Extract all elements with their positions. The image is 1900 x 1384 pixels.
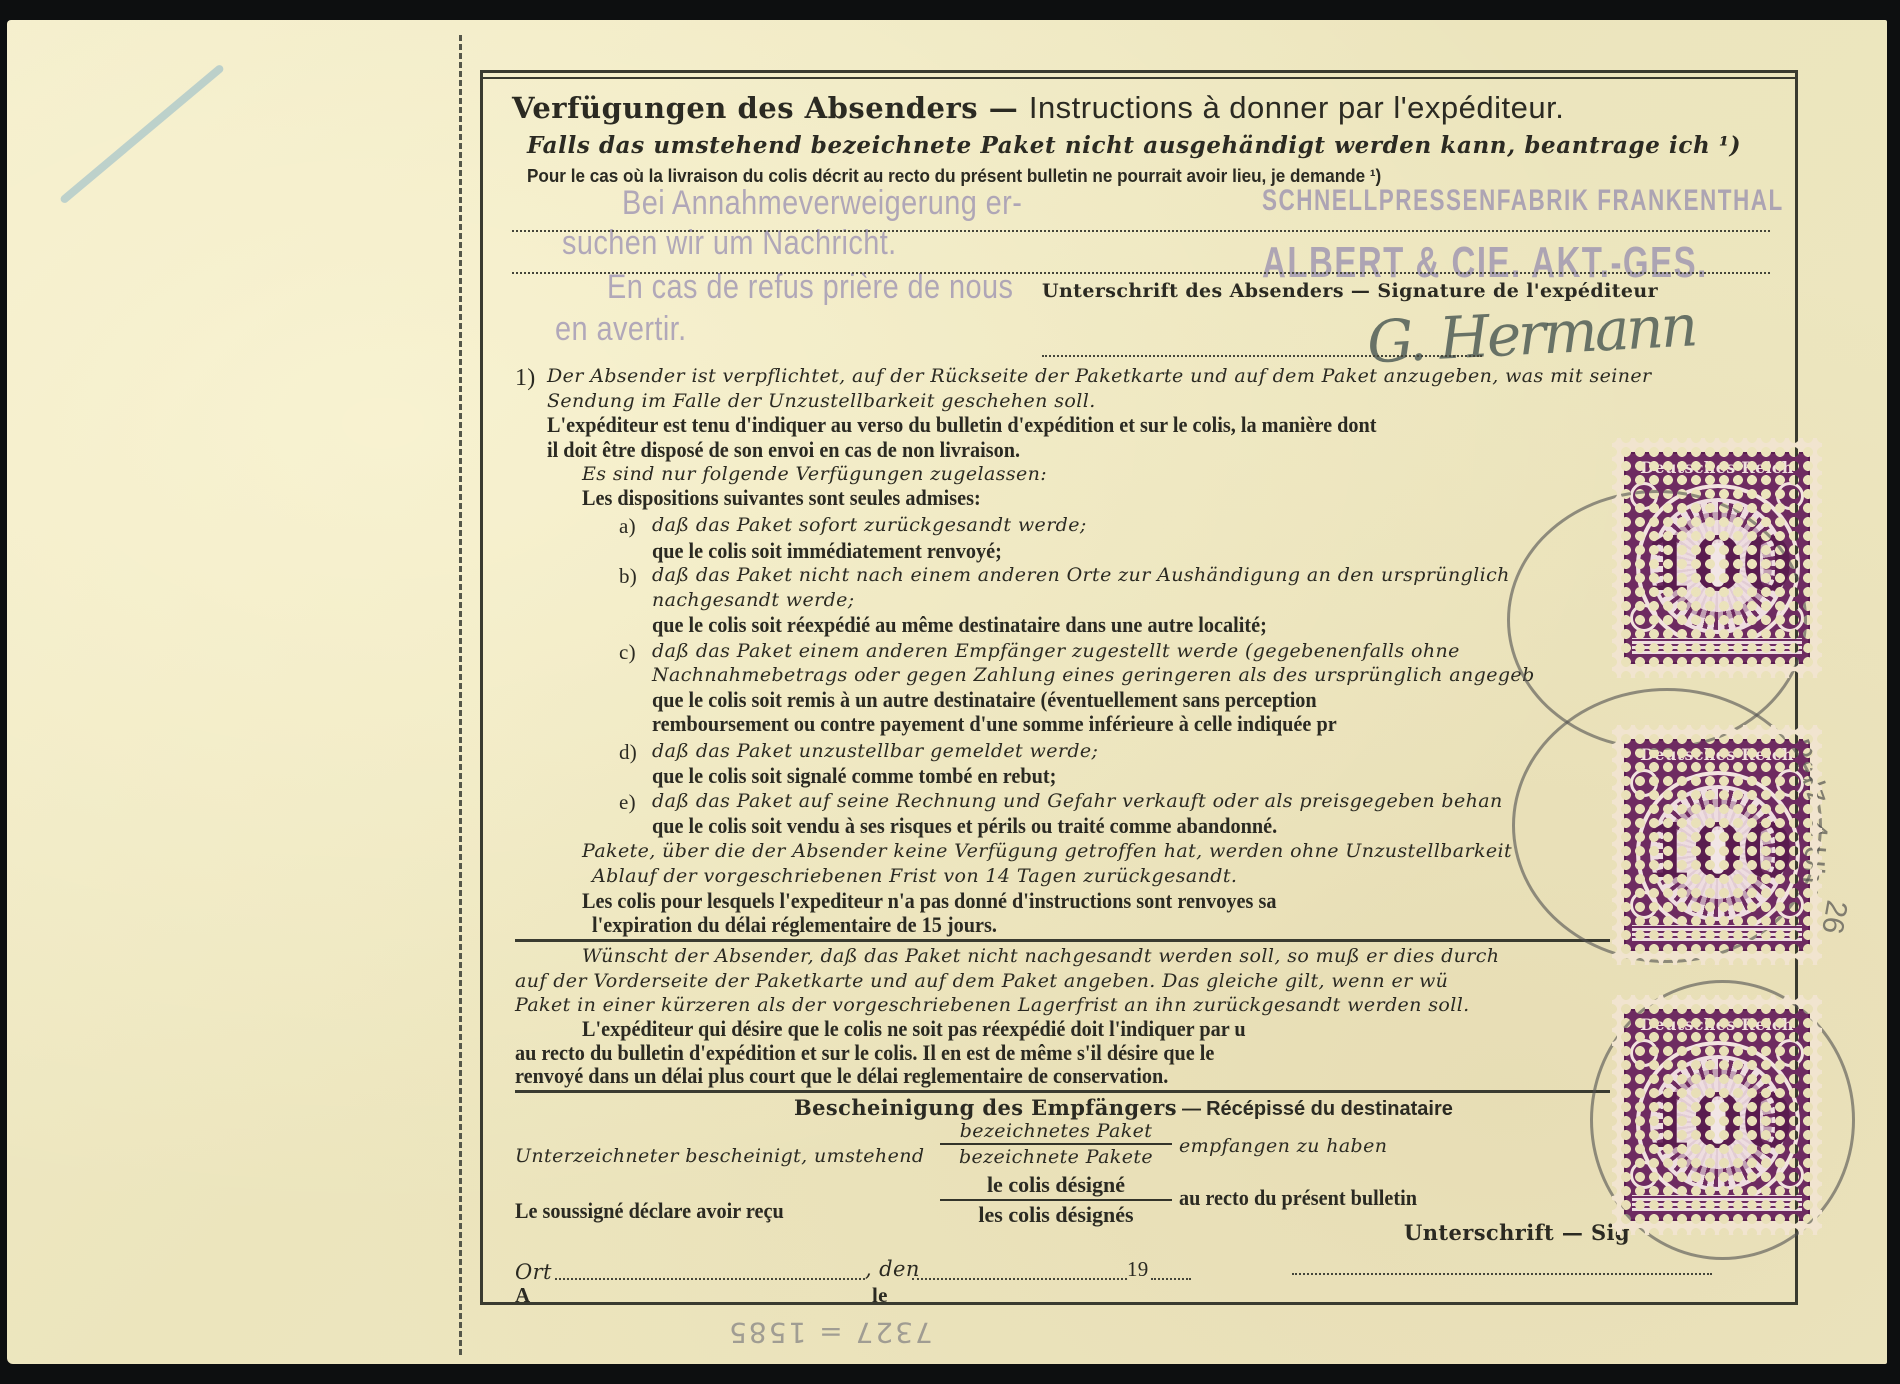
postage-stamp-1: Deutsches Reich 100 xyxy=(1612,438,1822,678)
receipt-german-fraction: bezeichnetes Paket bezeichnete Pakete xyxy=(940,1120,1172,1168)
closing-line-2: Ablauf der vorgeschriebenen Frist von 14… xyxy=(592,865,1237,887)
stamp-value: 100 xyxy=(1626,1079,1808,1165)
header-line-german: Falls das umstehend bezeichnete Paket ni… xyxy=(527,132,1741,159)
stamp-ornament-icon xyxy=(1776,482,1804,510)
place-field[interactable] xyxy=(555,1278,865,1280)
date-field[interactable] xyxy=(912,1278,1127,1280)
stamp-ornament-icon xyxy=(1630,769,1658,797)
title-dash: — xyxy=(989,91,1019,125)
stamp-country: Deutsches Reich xyxy=(1626,745,1808,764)
fraction-plural-fr: les colis désignés xyxy=(940,1201,1172,1228)
option-a-french: que le colis soit immédiatement renvoyé; xyxy=(652,538,1002,564)
receipt-french-text: Le soussigné déclare avoir reçu xyxy=(515,1198,784,1224)
receipt-title-german: Bescheinigung des Empfängers xyxy=(794,1095,1177,1120)
stamp-ornament-icon xyxy=(1776,1161,1804,1189)
option-a-german: daß das Paket sofort zurückgesandt werde… xyxy=(652,514,1087,536)
title-french: Instructions à donner par l'expéditeur. xyxy=(1029,90,1565,125)
stamp-ornament-icon xyxy=(1776,604,1804,632)
receipt-german-suffix: empfangen zu haben xyxy=(1179,1135,1387,1157)
postage-stamp-3: Deutsches Reich 100 xyxy=(1612,995,1822,1235)
option-b-letter: b) xyxy=(619,564,637,588)
place-label: Ort xyxy=(515,1260,552,1284)
receipt-french-suffix: au recto du présent bulletin xyxy=(1179,1185,1417,1211)
option-c-french-1: que le colis soit remis à un autre desti… xyxy=(652,687,1317,713)
option-b-german-2: nachgesandt werde; xyxy=(652,589,855,611)
stamp-country: Deutsches Reich xyxy=(1626,458,1808,477)
stamp-ornament-icon xyxy=(1630,604,1658,632)
option-d-letter: d) xyxy=(619,740,637,764)
stamp-bottom-band xyxy=(1632,1195,1802,1213)
option-d-german: daß das Paket unzustellbar gemeldet werd… xyxy=(652,740,1098,762)
title-german: Verfügungen des Absenders xyxy=(512,91,978,125)
postage-stamp-2: Deutsches Reich 100 xyxy=(1612,725,1822,965)
date-label-french: le xyxy=(872,1283,888,1307)
stamp-ornament-icon xyxy=(1630,1161,1658,1189)
place-label-french: A xyxy=(515,1283,530,1307)
stamp-ornament-icon xyxy=(1630,891,1658,919)
closing-line-4: l'expiration du délai réglementaire de 1… xyxy=(592,912,997,938)
pencil-annotation: 7327 = 1585 xyxy=(727,1316,933,1349)
option-b-german: daß das Paket nicht nach einem anderen O… xyxy=(652,564,1510,586)
footnote-line-2: Sendung im Falle der Unzustellbarkeit ge… xyxy=(547,390,1096,412)
stamp-country: Deutsches Reich xyxy=(1626,1015,1808,1034)
option-c-letter: c) xyxy=(619,640,636,664)
stamp-ornament-icon xyxy=(1776,1039,1804,1067)
instruction-line-2[interactable] xyxy=(512,272,1770,274)
receipt-title-french: Récépissé du destinataire xyxy=(1206,1098,1453,1120)
stamp-value: 100 xyxy=(1626,809,1808,895)
blue-pencil-mark xyxy=(59,63,225,204)
closing-line-1: Pakete, über die der Absender keine Verf… xyxy=(582,840,1512,862)
receipt-title: Bescheinigung des Empfängers — Récépissé… xyxy=(794,1095,1453,1121)
stamp-ornament-icon xyxy=(1630,482,1658,510)
stamp-bottom-band xyxy=(1632,638,1802,656)
recipient-signature-line[interactable] xyxy=(1292,1273,1712,1275)
perforation-line xyxy=(459,35,462,1355)
receipt-french-fraction: le colis désigné les colis désignés xyxy=(940,1172,1172,1228)
year-prefix: 19 xyxy=(1127,1257,1149,1281)
footnote-line-3: L'expéditeur est tenu d'indiquer au vers… xyxy=(547,412,1377,438)
footnote-line-1: Der Absender ist verpflichtet, auf der R… xyxy=(547,365,1652,387)
fraction-singular-de: bezeichnetes Paket xyxy=(940,1120,1172,1145)
option-b-french: que le colis soit réexpédié au même dest… xyxy=(652,612,1267,638)
footnote-line-5: Es sind nur folgende Verfügungen zugelas… xyxy=(582,463,1047,485)
stamp-ornament-icon xyxy=(1630,1039,1658,1067)
stamp-ornament-icon xyxy=(1776,769,1804,797)
option-d-french: que le colis soit signalé comme tombé en… xyxy=(652,763,1056,789)
signature-line[interactable] xyxy=(1042,355,1482,357)
footnote-line-4: il doit être disposé de son envoi en cas… xyxy=(547,437,1020,463)
divider-2 xyxy=(515,1090,1610,1093)
parcel-card: Verfügungen des Absenders — Instructions… xyxy=(7,20,1887,1364)
divider-1 xyxy=(515,939,1610,942)
option-c-german: daß das Paket einem anderen Empfänger zu… xyxy=(652,640,1460,662)
closing-line-3: Les colis pour lesquels l'expediteur n'a… xyxy=(582,888,1276,914)
fraction-plural-de: bezeichnete Pakete xyxy=(940,1145,1172,1168)
handstamp-company-1: SCHNELLPRESSENFABRIK FRANKENTHAL xyxy=(1262,184,1784,218)
instruction-line-1[interactable] xyxy=(512,230,1770,232)
option-e-letter: e) xyxy=(619,790,636,814)
handstamp-line-1: Bei Annahmeverweigerung er- xyxy=(622,184,1022,223)
handstamp-line-4: en avertir. xyxy=(555,310,687,349)
option-c-german-2: Nachnahmebetrags oder gegen Zahlung eine… xyxy=(652,664,1535,686)
option-e-german: daß das Paket auf seine Rechnung und Gef… xyxy=(652,790,1503,812)
stamp-value: 100 xyxy=(1626,522,1808,608)
footnote-line-6: Les dispositions suivantes sont seules a… xyxy=(582,485,981,511)
stamp-ornament-icon xyxy=(1776,891,1804,919)
form-title: Verfügungen des Absenders — Instructions… xyxy=(512,90,1564,126)
footnote-marker: 1) xyxy=(515,366,536,390)
note-line-2: auf der Vorderseite der Paketkarte und a… xyxy=(515,970,1448,992)
receipt-title-dash: — xyxy=(1182,1099,1201,1120)
note-line-1: Wünscht der Absender, daß das Paket nich… xyxy=(582,945,1499,967)
note-line-6: renvoyé dans un délai plus court que le … xyxy=(515,1063,1168,1089)
option-a-letter: a) xyxy=(619,514,636,538)
option-e-french: que le colis soit vendu à ses risques et… xyxy=(652,813,1277,839)
recipient-signature-label: Unterschrift — Sig xyxy=(1404,1220,1630,1245)
option-c-french-2: remboursement ou contre payement d'une s… xyxy=(652,711,1337,737)
fraction-singular-fr: le colis désigné xyxy=(940,1172,1172,1201)
receipt-german-text: Unterzeichneter bescheinigt, umstehend xyxy=(515,1145,924,1167)
year-field[interactable] xyxy=(1151,1278,1191,1280)
note-line-3: Paket in einer kürzeren als der vorgesch… xyxy=(515,994,1470,1016)
note-line-4: L'expéditeur qui désire que le colis ne … xyxy=(582,1016,1246,1042)
stamp-bottom-band xyxy=(1632,925,1802,943)
